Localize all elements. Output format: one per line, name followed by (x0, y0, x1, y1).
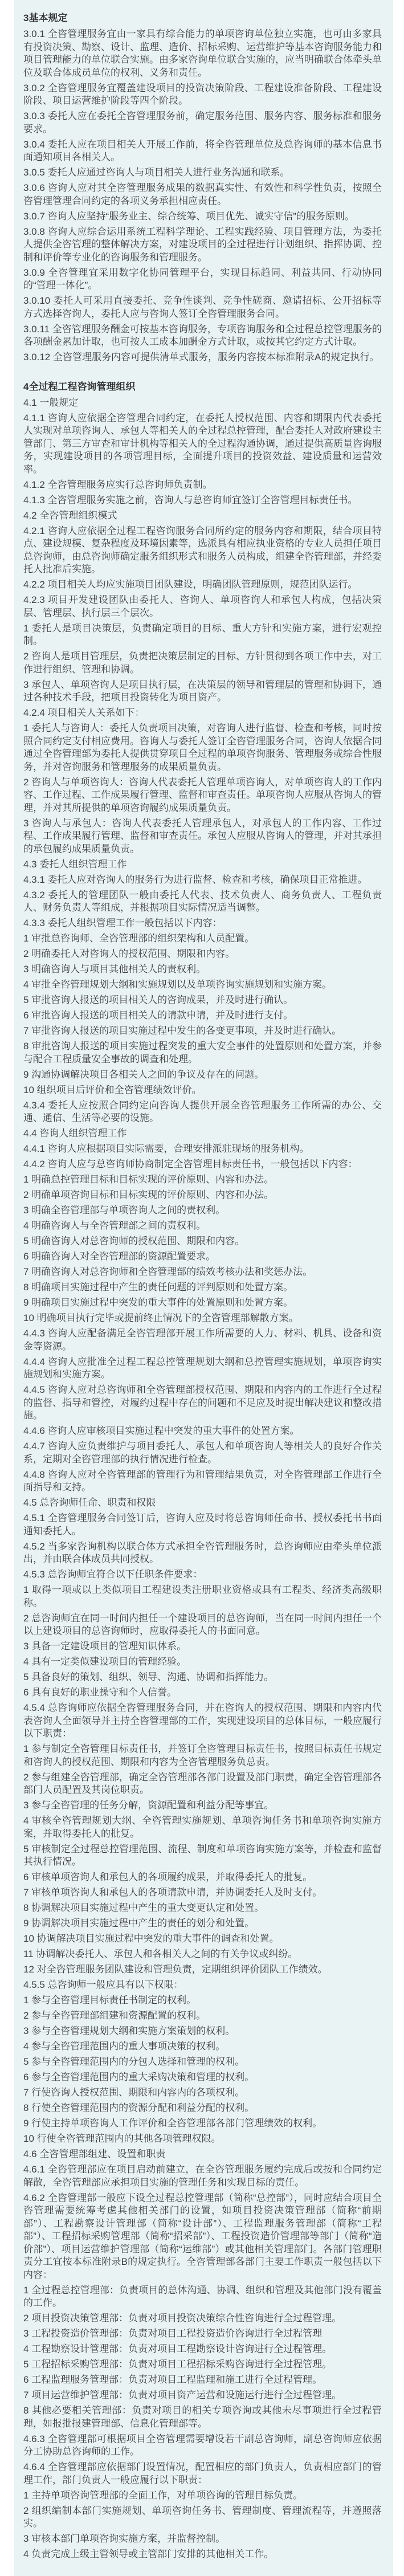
clause-paragraph: 6 审批咨询人报送的项目相关人的请款申请，并及时进行支付。 (23, 1009, 382, 1022)
clause-paragraph: 4.2.2 项目相关人均应实施项目团队建设，明确团队管理原则，规范团队运行。 (23, 578, 382, 592)
clause-paragraph: 4.1.3 全咨管理服务实施之前，咨询人与总咨询师宜签订全咨管理目标责任书。 (23, 494, 382, 507)
clause-paragraph: 3.0.2 全咨管理服务宜覆盖建设项目的投资决策阶段、工程建设准备阶段、工程建设… (23, 82, 382, 108)
clause-paragraph: 4.4.5 咨询人应对总咨询师和全咨管理部授权范围、期限和内容内的工作进行全过程… (23, 1384, 382, 1422)
clause-paragraph: 3 咨询人与承包人：咨询人代表委托人管理承包人，对承包人的工作内容、工作过程、工… (23, 817, 382, 856)
clause-paragraph: 2 总咨询师宜在同一时间内担任一个建设项目的总咨询师，当在同一时间内担任一个以上… (23, 1612, 382, 1638)
clause-paragraph: 1 委托人与咨询人：委托人负责项目决策，对咨询人进行监督、检查和考核，同时按照合… (23, 722, 382, 773)
clause-paragraph: 10 协调解决项目实施过程中突发的重大事件的调查和处置。 (23, 1933, 382, 1946)
clause-paragraph: 4.5.2 当多家咨询机构以联合体方式承担全咨管理服务时，总咨询师应由牵头单位派… (23, 1540, 382, 1566)
clause-paragraph: 3 承包人、单项咨询人是项目执行层，在决策层的领导和管理层的管理和协调下，通过各… (23, 679, 382, 704)
clause-paragraph: 4.6.3 全咨管理部可根据项目全咨管理需要增设若干副总咨询师，副总咨询师应依据… (23, 2433, 382, 2459)
clause-paragraph: 5 工程招标采购管理部：负责对项目工程招标采购咨询进行全过程管理。 (23, 2358, 382, 2371)
clause-paragraph: 3.0.6 咨询人应对其全咨管理服务成果的数据真实性、有效性和科学性负责，按照全… (23, 182, 382, 207)
clause-paragraph: 3.0.11 全咨管理服务酬金可按基本咨询服务，专项咨询服务和全过程总控管理服务… (23, 323, 382, 349)
clause-paragraph: 4.5.4 总咨询师应依据全咨管理服务合同，并在咨询人的授权范围、期限和内容内代… (23, 1702, 382, 1741)
clause-paragraph: 2 咨询人与单项咨询人：咨询人代表委托人管理单项咨询人，对单项咨询人的工作内容、… (23, 776, 382, 815)
clause-paragraph: 4 负责完成上级主管领导或主管部门安排的其他相关工作。 (23, 2548, 382, 2561)
clause-paragraph: 9 协调解决项目实施过程中产生的责任的划分和处置。 (23, 1917, 382, 1930)
clause-paragraph: 4.5.5 总咨询师一般应具有以下权限： (23, 1979, 382, 1992)
clause-paragraph: 3 工程投资造价管理部：负责对项目工程投资造价咨询进行全过程管理 (23, 2328, 382, 2341)
clause-paragraph: 6 明确咨询人对全咨管理部的资源配置要求。 (23, 1250, 382, 1263)
clause-paragraph: 4.4.8 咨询人应对全咨管理部的管理行为和管理结果负责，对全咨管理部工作进行全… (23, 1469, 382, 1494)
clause-paragraph: 4 工程勘察设计管理部：负责对项目工程勘察设计咨询进行全过程管理。 (23, 2343, 382, 2356)
clause-paragraph: 3.0.3 委托人应在委托全咨管理服务前，确定服务范围、服务内容、服务标准和服务… (23, 110, 382, 136)
clause-paragraph: 5 具备良好的策划、组织、领导、沟通、协调和指挥能力。 (23, 1671, 382, 1684)
clause-paragraph: 3.0.7 咨询人应坚持“服务业主、综合统筹、项目优先、诚实守信”的服务原则。 (23, 210, 382, 223)
clause-paragraph: 3.0.4 委托人应在项目相关人开展工作前，将全咨管理单位及总咨询师的基本信息书… (23, 138, 382, 164)
clause-paragraph: 4.3 委托人组织管理工作 (23, 858, 382, 871)
clause-paragraph: 4 参与全咨管理范围内的重大事项决策的权利。 (23, 2040, 382, 2053)
clause-paragraph: 4.3.2 委托人的管理团队一般由委托人代表、技术负责人、商务负责人、工程负责人… (23, 889, 382, 915)
clause-paragraph: 8 审批咨询人报送的项目实施过程突发的重大安全事件的处置原则和处置方案，并参与配… (23, 1040, 382, 1066)
clause-paragraph: 2 组织编制本部门实施规划、单项咨询任务书、管理制度、管理流程等，并遵照落实。 (23, 2505, 382, 2530)
clause-paragraph: 7 项目运营维护管理部：负责对项目资产运营和设施运行进行全过程管理。 (23, 2389, 382, 2402)
clause-paragraph: 9 明确项目实施过程中突发的重大事件的处置原则和处置方案。 (23, 1297, 382, 1310)
clause-paragraph: 11 协调解决委托人、承包人和各相关人之间的有关争议或纠纷。 (23, 1948, 382, 1961)
clause-paragraph: 6 审核单项咨询人和承包人的各项履约成果，并取得委托人的批复。 (23, 1871, 382, 1884)
clause-paragraph: 12 对全咨管理服务团队建设和管理负责，定期组织评价团队工作绩效。 (23, 1963, 382, 1976)
clause-paragraph: 4.2.1 咨询人应依据全过程工程咨询服务合同所约定的服务内容和期限，结合项目特… (23, 525, 382, 576)
clause-paragraph: 4.1 一般规定 (23, 397, 382, 410)
clause-paragraph: 6 参与全咨管理范围内的重大采购决策和管理的权利。 (23, 2071, 382, 2084)
clause-paragraph: 7 明确咨询人对总咨询师和全咨管理部的绩效考核办法和奖惩办法。 (23, 1266, 382, 1279)
clause-paragraph: 1 明确总控管理目标和目标实现的评价原则、内容和办法。 (23, 1173, 382, 1187)
clause-paragraph: 1 取得一项或以上类似项目工程建设类注册职业资格或具有工程类、经济类高级职称。 (23, 1584, 382, 1609)
clause-paragraph: 3.0.12 全咨管理服务内容可提供清单式服务，服务内容按本标准附录A的规定执行… (23, 351, 382, 364)
clause-paragraph: 10 组织项目后评价和全咨管理绩效评价。 (23, 1084, 382, 1097)
clause-paragraph: 4.6.2 全咨管理部一般应下设全过程总控管理部（简称“总控部”），同时应结合项… (23, 2192, 382, 2282)
clause-paragraph: 4 明确咨询人与全咨管理部之间的责权利。 (23, 1220, 382, 1233)
clause-paragraph: 3.0.8 咨询人应综合运用系统工程科学理论、工程实践经验、项目管理方法，为委托… (23, 226, 382, 264)
clause-paragraph: 4.2.3 项目开发建设团队由委托人、咨询人、单项咨询人和承包人构成，包括决策层… (23, 594, 382, 619)
clause-paragraph: 4.4.1 咨询人应根据项目实际需要，合理安排派驻现场的服务机构。 (23, 1143, 382, 1156)
clause-paragraph: 9 行使主持单项咨询人工作评价和全咨管理部各部门管理绩效的权利。 (23, 2117, 382, 2130)
clause-paragraph: 10 行使全咨管理范围内的其他各项管理权限。 (23, 2133, 382, 2146)
clause-paragraph: 4.5.3 总咨询师宜符合以下任职条件要求： (23, 1568, 382, 1582)
clause-paragraph: 1 参与制定全咨管理目标责任书，并签订全咨管理目标责任书，按照目标责任书规定和咨… (23, 1743, 382, 1768)
clause-paragraph: 4.6 全咨管理部组建、设置和职责 (23, 2148, 382, 2161)
clause-paragraph: 4.3.1 委托人应对咨询人的服务行为进行监督、检查和考核，确保项目正常推进。 (23, 874, 382, 887)
clause-paragraph: 2 参与组建全咨管理部，确定全咨管理部各部门设置及部门职责，确定全咨管理部各部门… (23, 1771, 382, 1797)
clause-paragraph: 4.3.4 委托人应按照合同约定向咨询人提供开展全咨管理服务工作所需的办公、交通… (23, 1099, 382, 1125)
clause-paragraph: 4.4.2 咨询人应与总咨询师协商制定全咨管理目标责任书，一般包括以下内容： (23, 1158, 382, 1171)
clause-paragraph: 8 其他必要相关管理部：负责对项目的相关专项咨询或其他未尽事项进行全过程管理，如… (23, 2404, 382, 2430)
clause-paragraph: 6 具有良好的职业操守和个人信誉。 (23, 1686, 382, 1699)
clause-paragraph: 4 审核全咨管理规划大纲、全咨管理实施规划、单项咨询任务书和单项咨询实施方案，并… (23, 1815, 382, 1840)
clause-paragraph: 3.0.9 全咨管理宜采用数字化协同管理平台，实现目标趋同、利益共同、行动协同的… (23, 267, 382, 292)
clause-paragraph: 2 参与全咨管理部组建和资源配置的权利。 (23, 2010, 382, 2023)
clause-paragraph: 8 行使全咨管理范围内的资源分配和利益分配的权利。 (23, 2102, 382, 2115)
clause-paragraph: 4.5 总咨询师任命、职责和权限 (23, 1497, 382, 1510)
clause-paragraph: 5 明确咨询人对总咨询师的授权范围、期限和内容。 (23, 1235, 382, 1248)
clause-paragraph: 1 主持单项咨询管理部的全面工作，对单项咨询的管理目标负责。 (23, 2489, 382, 2502)
clause-paragraph: 5 参与全咨管理范围内的分包人选择和管理的权利。 (23, 2056, 382, 2069)
clause-paragraph: 3 参与全咨管理的任务分解，资源配置和利益分配等事宜。 (23, 1799, 382, 1812)
clause-paragraph: 4 具有一定类似建设项目的管理经验。 (23, 1656, 382, 1669)
clause-paragraph: 9 沟通协调解决项目各相关人之间的争议及存在的问题。 (23, 1069, 382, 1082)
clause-paragraph: 4.4.4 咨询人应批准全过程工程总控管理规划大纲和总控管理实施规划，单项咨询实… (23, 1356, 382, 1381)
clause-paragraph: 3.0.1 全咨管理服务宜由一家具有综合能力的单项咨询单位独立实施，也可由多家具… (23, 28, 382, 79)
clause-paragraph: 6 工程监理服务管理部：负责对项目工程监理和施工进行全过程管理。 (23, 2374, 382, 2387)
clause-paragraph: 7 审批咨询人报送的项目实施过程中发生的各变更事项，并及时进行确认。 (23, 1025, 382, 1038)
clause-paragraph: 4.2.4 项目相关人关系如下： (23, 707, 382, 720)
clause-paragraph: 8 明确项目实施过程中产生的责任问题的评判原则和处置方案。 (23, 1281, 382, 1294)
clause-paragraph: 3 具备一定建设项目的管理知识体系。 (23, 1640, 382, 1653)
clause-paragraph: 2 咨询人是项目管理层，负责把决策层制定的目标、方针贯彻到各项工作中去，对工作进… (23, 650, 382, 676)
clause-paragraph: 3.0.5 委托人应通过咨询人与项目相关人进行业务沟通和联系。 (23, 166, 382, 180)
clause-paragraph: 2 明确单项咨询目标和目标实现的评价原则、内容和办法。 (23, 1189, 382, 1202)
clause-paragraph: 1 委托人是项目决策层，负责确定项目的目标、重大方针和实施方案，进行宏观控制。 (23, 622, 382, 648)
clause-paragraph: 4.4.3 咨询人应配备满足全咨管理部开展工作所需要的人力、材料、机具、设备和资… (23, 1327, 382, 1353)
clause-paragraph: 4.2 全咨管理组织模式 (23, 510, 382, 523)
clause-paragraph: 10 明确项目执行完毕或提前终止情况下的全咨管理部解散方案。 (23, 1312, 382, 1325)
chapter-heading: 3基本规定 (23, 11, 382, 25)
chapter-heading: 4全过程工程咨询管理组织 (23, 380, 382, 393)
clause-paragraph: 4.6.1 全咨管理部应在项目启动前建立，在全咨管理服务履约完成后或按和合同约定… (23, 2163, 382, 2189)
clause-paragraph: 5 审批咨询人报送的项目相关人的咨询成果，并及时进行确认。 (23, 994, 382, 1007)
clause-paragraph: 7 审核单项咨询人和承包人的各项请款申请，并协调委托人及时支付。 (23, 1886, 382, 1900)
clause-paragraph: 4.4.7 咨询人应负责维护与项目委托人、承包人和单项咨询人等相关人的良好合作关… (23, 1440, 382, 1466)
clause-paragraph: 4.6.4 全咨管理部应依据部门设置情况，配置相应的部门负责人，负责相应部门的管… (23, 2461, 382, 2487)
document-body: 3基本规定3.0.1 全咨管理服务宜由一家具有综合能力的单项咨询单位独立实施，也… (23, 11, 382, 2561)
clause-paragraph: 4.4.6 咨询人应审核项目实施过程中突发的重大事件的处置方案。 (23, 1425, 382, 1438)
clause-paragraph: 1 参与全咨管理目标责任书制定的权利。 (23, 1994, 382, 2007)
clause-paragraph: 3 明确咨询人与项目其他相关人的责权利。 (23, 963, 382, 976)
clause-paragraph: 3 参与全咨管理规划大纲和实施方案策划的权利。 (23, 2025, 382, 2038)
clause-paragraph: 7 行使咨询人授权范围、期限和内容内的各项权利。 (23, 2086, 382, 2100)
clause-paragraph: 4 审批全咨管理规划大纲和实施规划以及单项咨询实施规划和实施方案。 (23, 979, 382, 992)
clause-paragraph: 3 审核本部门单项咨询实施方案，并监督控制。 (23, 2533, 382, 2546)
clause-paragraph: 4.1.2 全咨管理服务应实行总咨询师负责制。 (23, 479, 382, 492)
clause-paragraph: 1 审批总咨询师、全咨管理部的组织架构和人员配置。 (23, 932, 382, 945)
clause-paragraph: 2 项目投资决策管理部：负责对项目投资决策综合性咨询进行全过程管理。 (23, 2312, 382, 2325)
clause-paragraph: 3 明确全咨管理部与单项咨询人之间的责权利。 (23, 1204, 382, 1217)
clause-paragraph: 4.4 咨询人组织管理工作 (23, 1127, 382, 1140)
clause-paragraph: 5 审核制定全过程总控管理范围、流程、制度和单项咨询实施方案等，并检查和监督其执… (23, 1843, 382, 1869)
clause-paragraph: 4.5.1 全咨管理服务合同签订后，咨询人应及时将总咨询师任命书、授权委托书书面… (23, 1512, 382, 1538)
clause-paragraph: 4.3.3 委托人组织管理工作一般包括以下内容： (23, 917, 382, 930)
clause-paragraph: 4.1.1 咨询人应依据全咨管理合同约定，在委托人授权范围、内容和期限内代表委托… (23, 412, 382, 476)
document-panel: 3基本规定3.0.1 全咨管理服务宜由一家具有综合能力的单项咨询单位独立实施，也… (14, 0, 393, 2576)
clause-paragraph: 8 协调解决项目实施过程中产生的重大变更认定和处置。 (23, 1902, 382, 1915)
clause-paragraph: 2 明确委托人对咨询人的授权范围、期限和内容。 (23, 948, 382, 961)
clause-paragraph: 1 全过程总控管理部：负责项目的总体沟通、协调、组织和管理及其他部门没有覆盖的工… (23, 2284, 382, 2310)
clause-paragraph: 3.0.10 委托人可采用直接委托、竞争性谈判、竞争性磋商、邀请招标、公开招标等… (23, 295, 382, 320)
